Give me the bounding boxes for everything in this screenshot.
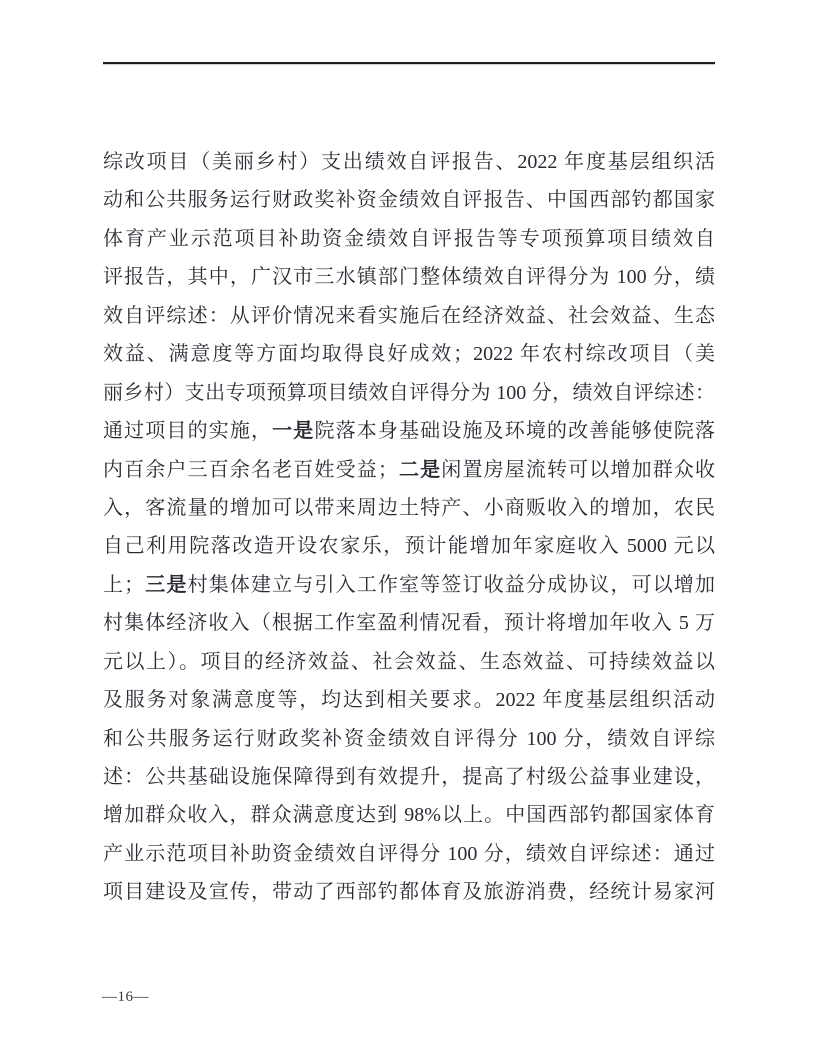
- text-segment: 综改项目（美丽乡村）支出绩效自评报告、2022 年度基层组织活: [103, 151, 715, 173]
- text-line-8: 通过项目的实施，一是院落本身基础设施及环境的改善能够使院落: [103, 412, 715, 450]
- text-segment: 动和公共服务运行财政奖补资金绩效自评报告、中国西部钓都国家: [103, 189, 715, 211]
- document-body: 综改项目（美丽乡村）支出绩效自评报告、2022 年度基层组织活动和公共服务运行财…: [103, 143, 715, 912]
- text-segment: 评报告，其中，广汉市三水镇部门整体绩效自评得分为 100 分，绩: [103, 266, 715, 288]
- text-segment: 上；: [103, 574, 144, 596]
- text-line-2: 动和公共服务运行财政奖补资金绩效自评报告、中国西部钓都国家: [103, 181, 715, 219]
- text-line-20: 项目建设及宣传，带动了西部钓都体育及旅游消费，经统计易家河: [103, 873, 715, 911]
- text-segment: 项目建设及宣传，带动了西部钓都体育及旅游消费，经统计易家河: [103, 881, 715, 903]
- text-segment: 和公共服务运行财政奖补资金绩效自评得分 100 分，绩效自评综: [103, 728, 715, 750]
- text-line-6: 效益、满意度等方面均取得良好成效；2022 年农村综改项目（美: [103, 335, 715, 373]
- text-line-7: 丽乡村）支出专项预算项目绩效自评得分为 100 分，绩效自评综述：: [103, 374, 715, 412]
- text-line-1: 综改项目（美丽乡村）支出绩效自评报告、2022 年度基层组织活: [103, 143, 715, 181]
- text-segment: 村集体建立与引入工作室等签订收益分成协议，可以增加: [188, 574, 715, 596]
- text-line-10: 入，客流量的增加可以带来周边土特产、小商贩收入的增加，农民: [103, 489, 715, 527]
- header-rule: [103, 62, 715, 64]
- text-segment: 自己利用院落改造开设农家乐，预计能增加年家庭收入 5000 元以: [103, 535, 715, 557]
- text-line-18: 增加群众收入，群众满意度达到 98%以上。中国西部钓都国家体育: [103, 796, 715, 834]
- text-segment: 院落本身基础设施及环境的改善能够使院落: [314, 420, 715, 442]
- text-segment: 及服务对象满意度等，均达到相关要求。2022 年度基层组织活动: [103, 689, 715, 711]
- text-segment: 增加群众收入，群众满意度达到 98%以上。中国西部钓都国家体育: [103, 804, 715, 826]
- text-segment: 村集体经济收入（根据工作室盈利情况看，预计将增加年收入 5 万: [103, 612, 715, 634]
- text-line-9: 内百余户三百余名老百姓受益；二是闲置房屋流转可以增加群众收: [103, 451, 715, 489]
- text-line-15: 及服务对象满意度等，均达到相关要求。2022 年度基层组织活动: [103, 681, 715, 719]
- text-segment: 丽乡村）支出专项预算项目绩效自评得分为 100 分，绩效自评综述：: [103, 382, 715, 404]
- text-line-13: 村集体经济收入（根据工作室盈利情况看，预计将增加年收入 5 万: [103, 604, 715, 642]
- text-segment: 效自评综述：从评价情况来看实施后在经济效益、社会效益、生态: [103, 305, 715, 327]
- document-page: 综改项目（美丽乡村）支出绩效自评报告、2022 年度基层组织活动和公共服务运行财…: [0, 0, 815, 1055]
- bold-text-segment: 二是: [398, 459, 441, 481]
- text-segment: 内百余户三百余名老百姓受益；: [103, 459, 398, 481]
- bold-text-segment: 三是: [144, 574, 187, 596]
- text-line-3: 体育产业示范项目补助资金绩效自评报告等专项预算项目绩效自: [103, 220, 715, 258]
- text-segment: 闲置房屋流转可以增加群众收: [441, 459, 715, 481]
- text-segment: 效益、满意度等方面均取得良好成效；2022 年农村综改项目（美: [103, 343, 715, 365]
- text-line-14: 元以上）。项目的经济效益、社会效益、生态效益、可持续效益以: [103, 643, 715, 681]
- bold-text-segment: 一是: [272, 420, 314, 442]
- text-line-12: 上；三是村集体建立与引入工作室等签订收益分成协议，可以增加: [103, 566, 715, 604]
- text-segment: 元以上）。项目的经济效益、社会效益、生态效益、可持续效益以: [103, 651, 715, 673]
- page-number: —16—: [102, 986, 149, 1008]
- text-line-16: 和公共服务运行财政奖补资金绩效自评得分 100 分，绩效自评综: [103, 720, 715, 758]
- text-segment: 产业示范项目补助资金绩效自评得分 100 分，绩效自评综述：通过: [103, 843, 715, 865]
- text-line-4: 评报告，其中，广汉市三水镇部门整体绩效自评得分为 100 分，绩: [103, 258, 715, 296]
- text-line-11: 自己利用院落改造开设农家乐，预计能增加年家庭收入 5000 元以: [103, 527, 715, 565]
- text-line-5: 效自评综述：从评价情况来看实施后在经济效益、社会效益、生态: [103, 297, 715, 335]
- text-line-19: 产业示范项目补助资金绩效自评得分 100 分，绩效自评综述：通过: [103, 835, 715, 873]
- text-line-17: 述：公共基础设施保障得到有效提升，提高了村级公益事业建设，: [103, 758, 715, 796]
- text-segment: 述：公共基础设施保障得到有效提升，提高了村级公益事业建设，: [103, 766, 715, 788]
- text-segment: 通过项目的实施，: [103, 420, 272, 442]
- text-segment: 体育产业示范项目补助资金绩效自评报告等专项预算项目绩效自: [103, 228, 715, 250]
- text-segment: 入，客流量的增加可以带来周边土特产、小商贩收入的增加，农民: [103, 497, 715, 519]
